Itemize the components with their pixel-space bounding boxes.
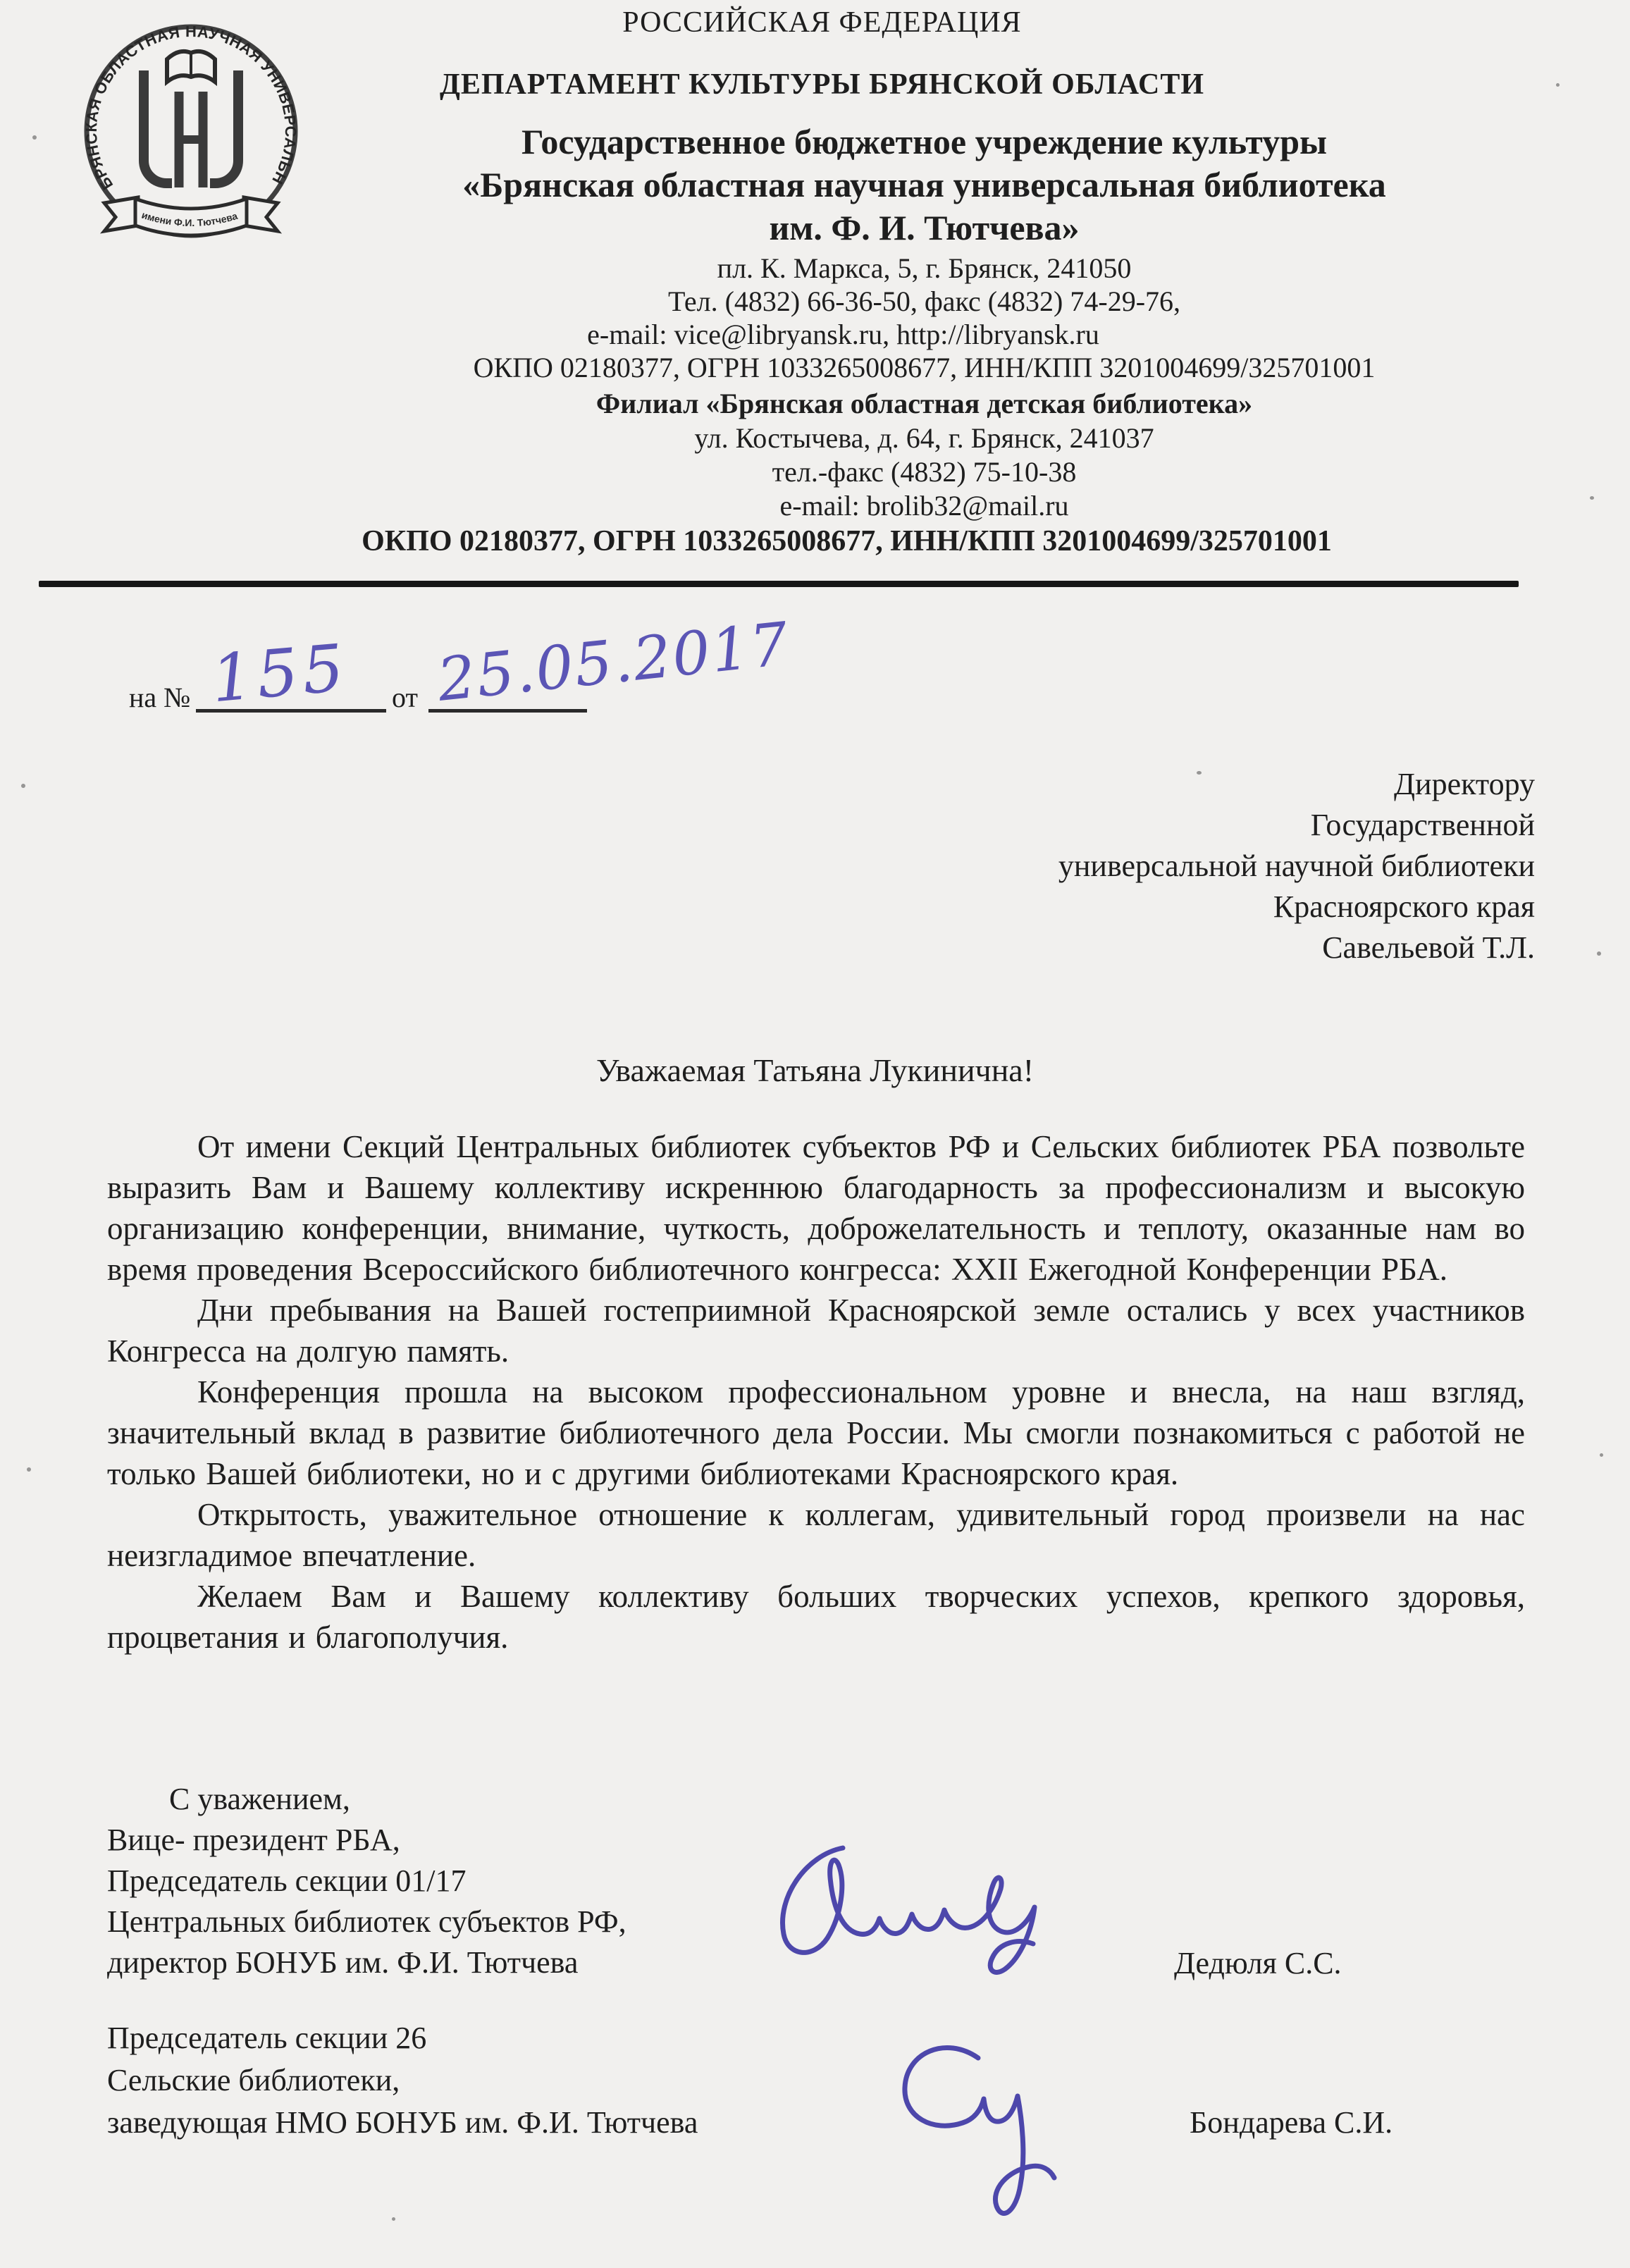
body-paragraph-2: Дни пребывания на Вашей гостеприимной Кр… <box>107 1290 1525 1372</box>
ref-number-label: на № <box>129 681 190 714</box>
country-title: РОССИЙСКАЯ ФЕДЕРАЦИЯ <box>92 6 1552 39</box>
body-paragraph-5: Желаем Вам и Вашему коллективу больших т… <box>107 1576 1525 1658</box>
scan-speck <box>21 784 25 788</box>
branch-codes: ОКПО 02180377, ОГРН 1033265008677, ИНН/К… <box>141 524 1552 558</box>
signoff-block-2: Председатель секции 26 Сельские библиоте… <box>107 2017 698 2144</box>
letterhead: РОССИЙСКАЯ ФЕДЕРАЦИЯ ДЕПАРТАМЕНТ КУЛЬТУР… <box>296 0 1552 578</box>
body-paragraph-3: Конференция прошла на высоком профессион… <box>107 1372 1525 1494</box>
scan-speck <box>392 2217 395 2221</box>
org-address: пл. К. Маркса, 5, г. Брянск, 241050 <box>296 252 1552 285</box>
body-paragraph-1: От имени Секций Центральных библиотек су… <box>107 1126 1525 1290</box>
scan-speck <box>27 1467 31 1472</box>
recipient-block: Директору Государственной универсальной … <box>1058 764 1535 968</box>
signoff2-line: Сельские библиотеки, <box>107 2059 698 2102</box>
branch-name: Филиал «Брянская областная детская библи… <box>296 387 1552 420</box>
scan-speck <box>1600 1453 1603 1457</box>
org-name-line1: «Брянская областная научная универсальна… <box>296 164 1552 205</box>
signer2-name: Бондарева С.И. <box>1190 2104 1393 2140</box>
signoff1-line: С уважением, <box>107 1779 626 1820</box>
scan-speck <box>1597 951 1601 956</box>
signoff1-line: Председатель секции 01/17 <box>107 1861 626 1902</box>
signoff-block-1: С уважением, Вице- президент РБА, Предсе… <box>107 1779 626 1983</box>
handwritten-ref-date: 25.05.2017 <box>434 609 792 715</box>
recipient-line: Директору <box>1058 764 1535 805</box>
scan-speck <box>1197 771 1202 775</box>
recipient-line: Красноярского края <box>1058 887 1535 927</box>
salutation: Уважаемая Татьяна Лукинична! <box>0 1052 1630 1089</box>
org-email-web: e-mail: vice@libryansk.ru, http://librya… <box>134 318 1552 351</box>
scan-speck <box>1590 496 1594 500</box>
body-paragraph-4: Открытость, уважительное отношение к кол… <box>107 1494 1525 1576</box>
signer1-name: Дедюля С.С. <box>1174 1945 1342 1981</box>
org-name-line2: им. Ф. И. Тютчева» <box>296 207 1552 248</box>
signoff2-line: Председатель секции 26 <box>107 2017 698 2059</box>
scanned-letter-page: БРЯНСКАЯ ОБЛАСТНАЯ НАУЧНАЯ УНИВЕРСАЛЬНАЯ… <box>0 0 1630 2268</box>
branch-address: ул. Костычева, д. 64, г. Брянск, 241037 <box>296 421 1552 455</box>
branch-email: e-mail: brolib32@mail.ru <box>296 489 1552 522</box>
signoff1-line: директор БОНУБ им. Ф.И. Тютчева <box>107 1942 626 1983</box>
signoff2-line: заведующая НМО БОНУБ им. Ф.И. Тютчева <box>107 2102 698 2144</box>
header-divider-rule <box>39 581 1519 587</box>
emblem-ribbon: имени Ф.И. Тютчева <box>104 197 278 235</box>
scan-speck <box>32 135 37 140</box>
letter-body: От имени Секций Центральных библиотек су… <box>107 1126 1525 1658</box>
ref-date-label: от <box>392 681 418 714</box>
library-emblem: БРЯНСКАЯ ОБЛАСТНАЯ НАУЧНАЯ УНИВЕРСАЛЬНАЯ… <box>67 13 315 266</box>
org-type: Государственное бюджетное учреждение кул… <box>296 121 1552 162</box>
recipient-line: Савельевой Т.Л. <box>1058 927 1535 968</box>
signature-dedyulya <box>760 1824 1126 2007</box>
scan-speck <box>1556 83 1560 87</box>
signature-bondareva <box>840 2027 1122 2245</box>
recipient-line: универсальной научной библиотеки <box>1058 846 1535 887</box>
department-title: ДЕПАРТАМЕНТ КУЛЬТУРЫ БРЯНСКОЙ ОБЛАСТИ <box>92 68 1552 101</box>
org-codes: ОКПО 02180377, ОГРН 1033265008677, ИНН/К… <box>296 351 1552 384</box>
org-phone: Тел. (4832) 66-36-50, факс (4832) 74-29-… <box>296 285 1552 318</box>
branch-phone: тел.-факс (4832) 75-10-38 <box>296 455 1552 488</box>
recipient-line: Государственной <box>1058 805 1535 846</box>
signoff1-line: Вице- президент РБА, <box>107 1820 626 1861</box>
signoff1-line: Центральных библиотек субъектов РФ, <box>107 1902 626 1942</box>
handwritten-ref-number: 155 <box>209 630 351 717</box>
